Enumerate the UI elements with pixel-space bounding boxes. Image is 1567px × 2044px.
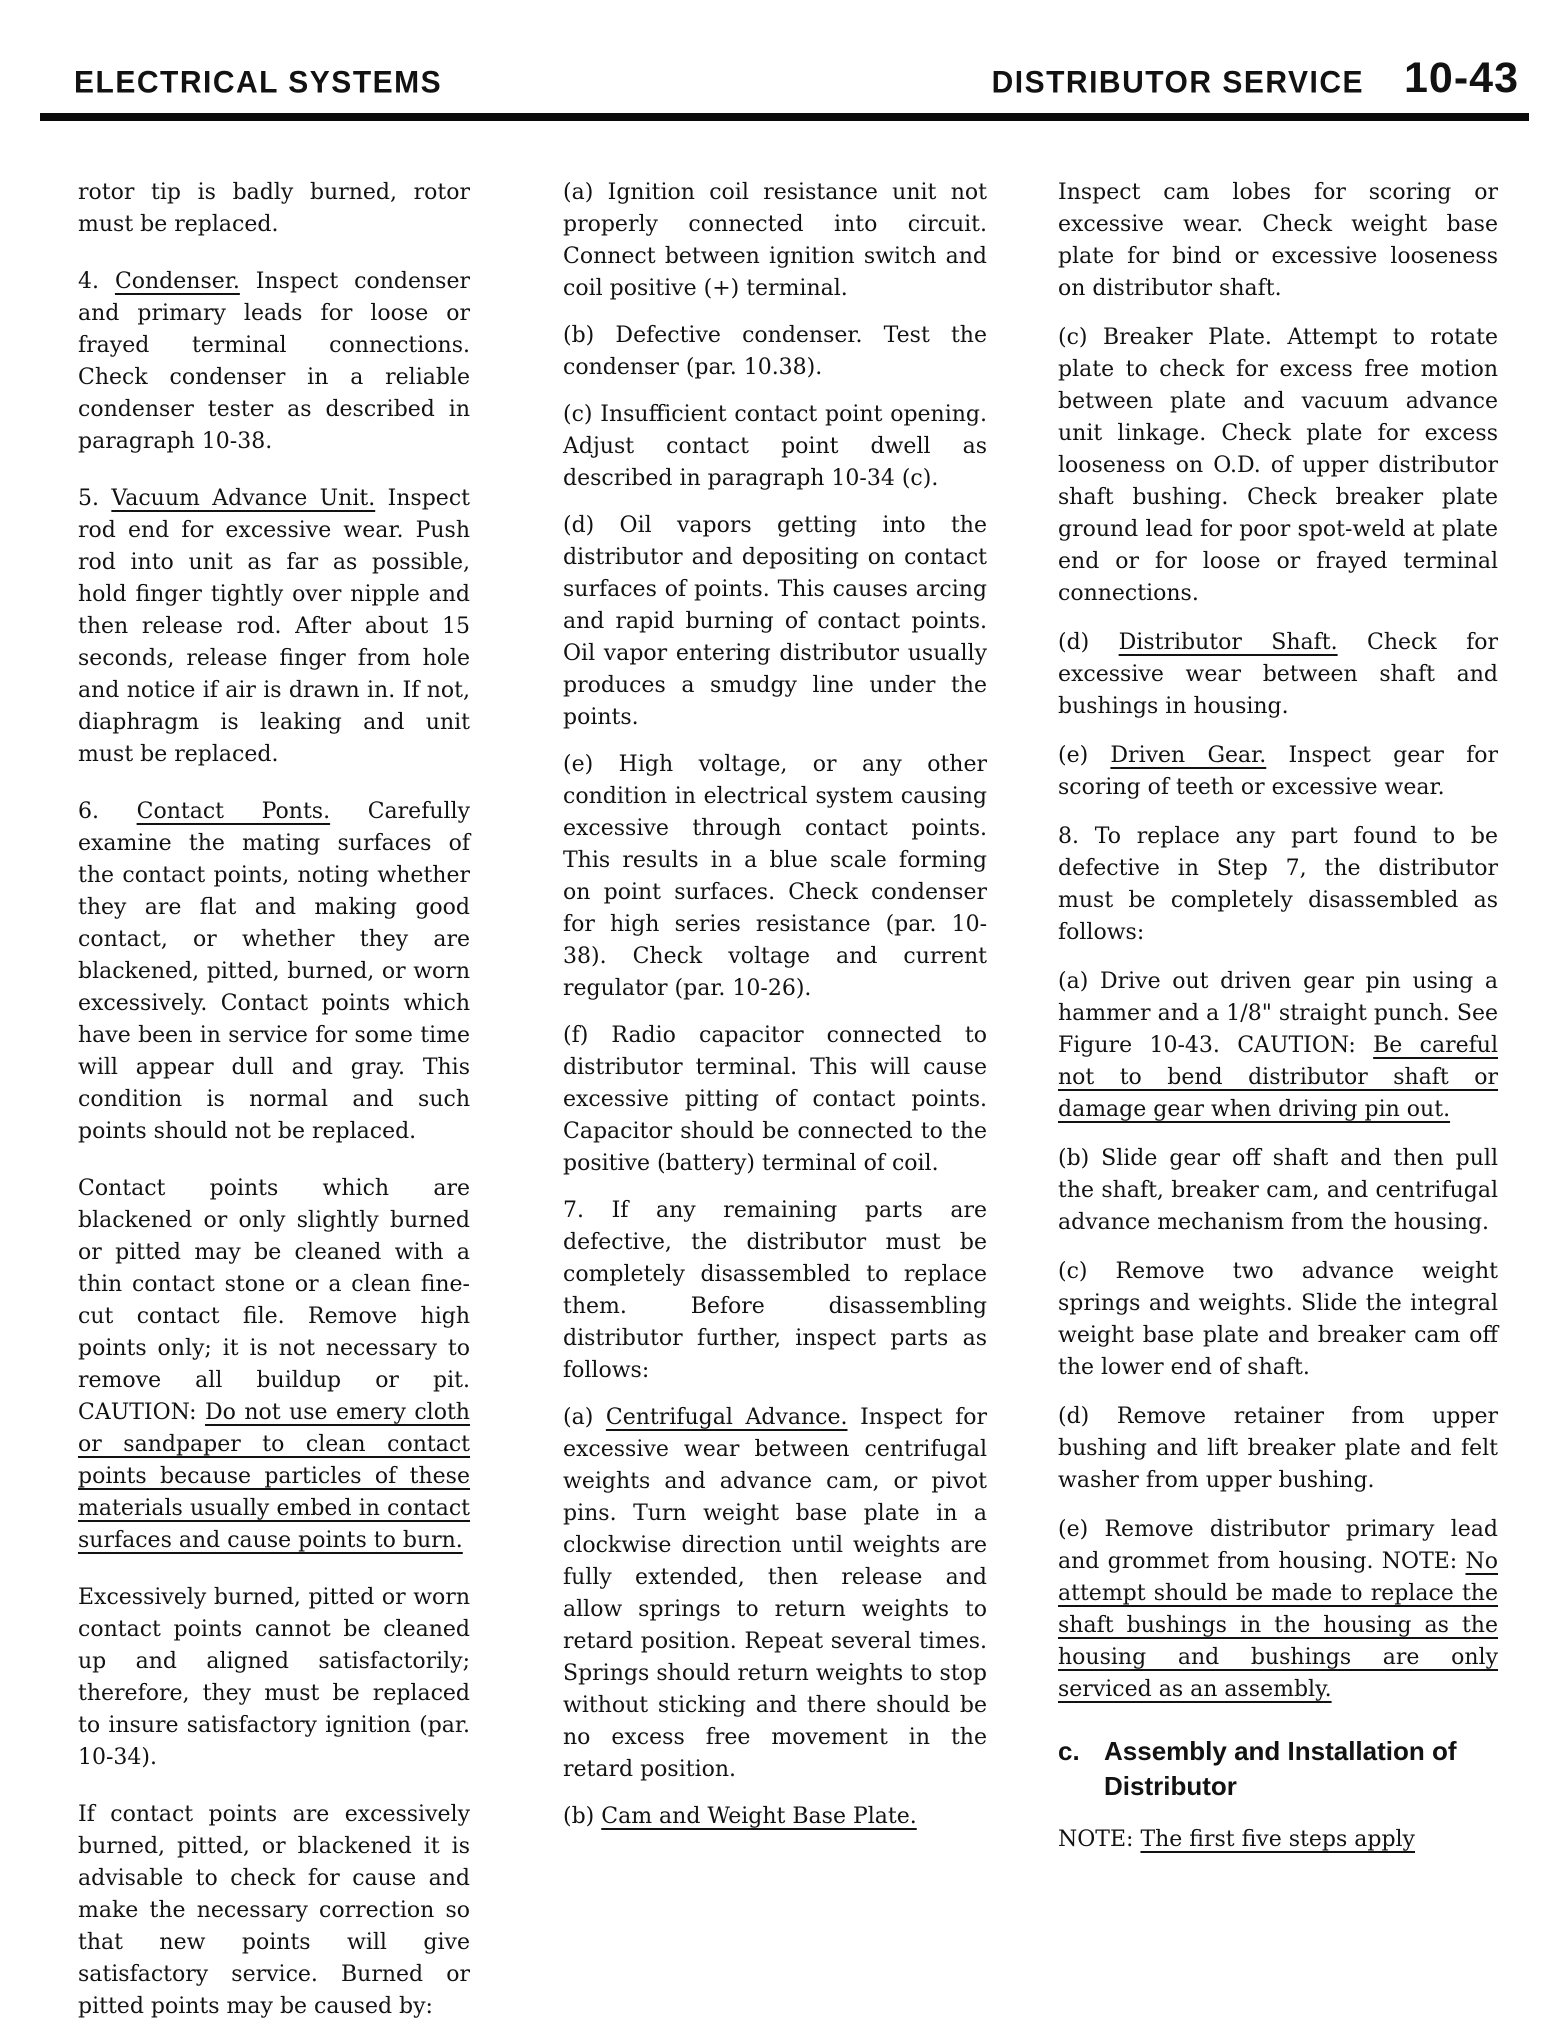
underlined-text: Driven Gear. (1110, 743, 1266, 768)
column-right: Inspect cam lobes for scoring or excessi… (1058, 177, 1498, 2044)
text-run: NOTE: (1058, 1827, 1140, 1852)
underlined-note-text: The first five steps apply (1140, 1827, 1415, 1852)
header-right-group: DISTRIBUTOR SERVICE 10-43 (992, 54, 1519, 103)
column-middle: (a) Ignition coil resistance unit not pr… (563, 177, 987, 2044)
inspect-b-cam-and-weight-base-plate: (b) Cam and Weight Base Plate. (563, 1801, 987, 1833)
inspect-a-centrifugal-advance: (a) Centrifugal Advance. Inspect for exc… (563, 1402, 987, 1786)
text-run: 8. To replace any part found to be defec… (1058, 824, 1498, 945)
disassemble-c-remove-weight-springs: (c) Remove two advance weight springs an… (1058, 1256, 1498, 1384)
para-cam-lobes: Inspect cam lobes for scoring or excessi… (1058, 177, 1498, 305)
manual-page: ELECTRICAL SYSTEMS DISTRIBUTOR SERVICE 1… (0, 0, 1567, 2044)
section-title-left: ELECTRICAL SYSTEMS (74, 65, 442, 101)
text-run: Inspect condenser and primary leads for … (78, 269, 470, 454)
section-heading-assembly-installation: c. Assembly and Installation of Distribu… (1058, 1734, 1498, 1804)
disassemble-e-remove-primary-lead: (e) Remove distributor primary lead and … (1058, 1514, 1498, 1706)
cause-e-high-voltage: (e) High voltage, or any other condition… (563, 749, 987, 1005)
cause-a-ignition-coil-resistance: (a) Ignition coil resistance unit not pr… (563, 177, 987, 305)
text-run: Excessively burned, pitted or worn conta… (78, 1585, 470, 1770)
text-run: 4. (78, 269, 115, 294)
inspect-c-breaker-plate: (c) Breaker Plate. Attempt to rotate pla… (1058, 322, 1498, 610)
text-run: (c) Remove two advance weight springs an… (1058, 1259, 1498, 1380)
para-rotor-tip: rotor tip is badly burned, rotor must be… (78, 177, 470, 241)
text-run: 7. If any remaining parts are defective,… (563, 1198, 987, 1383)
underlined-text: Contact Ponts. (137, 799, 330, 824)
text-run: (c) Insufficient contact point opening. … (563, 402, 987, 491)
para-burned-points-causes: If contact points are excessively burned… (78, 1799, 470, 2023)
underlined-text: Cam and Weight Base Plate. (601, 1804, 917, 1829)
disassemble-a-drive-out-gear-pin: (a) Drive out driven gear pin using a ha… (1058, 966, 1498, 1126)
section-heading-label: c. (1058, 1734, 1104, 1804)
note-first-five-steps: NOTE: The first five steps apply (1058, 1824, 1498, 1856)
cause-c-insufficient-point-opening: (c) Insufficient contact point opening. … (563, 399, 987, 495)
text-run: (c) Breaker Plate. Attempt to rotate pla… (1058, 325, 1498, 606)
underlined-text: Condenser. (115, 269, 240, 294)
text-run: (d) Remove retainer from upper bushing a… (1058, 1404, 1498, 1493)
text-run: (d) Oil vapors getting into the distribu… (563, 513, 987, 730)
inspect-e-driven-gear: (e) Driven Gear. Inspect gear for scorin… (1058, 740, 1498, 804)
section-heading-text: Assembly and Installation of Distributor (1104, 1734, 1498, 1804)
text-run: (e) High voltage, or any other condition… (563, 752, 987, 1001)
text-run: (e) (1058, 743, 1110, 768)
section-title-right: DISTRIBUTOR SERVICE (992, 65, 1364, 101)
text-run: (a) (563, 1405, 606, 1430)
para-cleaning-contact-points: Contact points which are blackened or on… (78, 1173, 470, 1557)
underlined-text: Centrifugal Advance. (606, 1405, 848, 1430)
cause-b-defective-condenser: (b) Defective condenser. Test the conden… (563, 320, 987, 384)
underlined-text: Distributor Shaft. (1119, 630, 1338, 655)
cause-f-radio-capacitor: (f) Radio capacitor connected to distrib… (563, 1020, 987, 1180)
underlined-text: Vacuum Advance Unit. (111, 486, 375, 511)
text-run: Contact points which are blackened or on… (78, 1176, 470, 1425)
text-run: Inspect for excessive wear between centr… (563, 1405, 987, 1782)
step-4-condenser: 4. Condenser. Inspect condenser and prim… (78, 266, 470, 458)
text-run: (b) Defective condenser. Test the conden… (563, 323, 987, 380)
text-run: 5. (78, 486, 111, 511)
disassemble-b-slide-gear-off: (b) Slide gear off shaft and then pull t… (1058, 1143, 1498, 1239)
step-6-contact-points: 6. Contact Ponts. Carefully examine the … (78, 796, 470, 1148)
text-run: rotor tip is badly burned, rotor must be… (78, 180, 470, 237)
page-header: ELECTRICAL SYSTEMS DISTRIBUTOR SERVICE 1… (0, 0, 1567, 103)
text-run: If contact points are excessively burned… (78, 1802, 470, 2019)
page-content: rotor tip is badly burned, rotor must be… (0, 177, 1567, 2044)
text-run: Carefully examine the mating surfaces of… (78, 799, 470, 1144)
step-8-disassemble: 8. To replace any part found to be defec… (1058, 821, 1498, 949)
text-run: (b) Slide gear off shaft and then pull t… (1058, 1146, 1498, 1235)
inspect-d-distributor-shaft: (d) Distributor Shaft. Check for excessi… (1058, 627, 1498, 723)
text-run: (a) Ignition coil resistance unit not pr… (563, 180, 987, 301)
text-run: (b) (563, 1804, 601, 1829)
step-7-inspect-parts: 7. If any remaining parts are defective,… (563, 1195, 987, 1387)
header-divider-rule (40, 113, 1529, 121)
page-number: 10-43 (1404, 54, 1519, 103)
text-run: Inspect cam lobes for scoring or excessi… (1058, 180, 1498, 301)
disassemble-d-remove-retainer: (d) Remove retainer from upper bushing a… (1058, 1401, 1498, 1497)
column-left: rotor tip is badly burned, rotor must be… (78, 177, 470, 2044)
step-5-vacuum-advance-unit: 5. Vacuum Advance Unit. Inspect rod end … (78, 483, 470, 771)
text-run: (f) Radio capacitor connected to distrib… (563, 1023, 987, 1176)
cause-d-oil-vapors: (d) Oil vapors getting into the distribu… (563, 510, 987, 734)
para-excessively-burned-points: Excessively burned, pitted or worn conta… (78, 1582, 470, 1774)
text-run: (d) (1058, 630, 1119, 655)
text-run: 6. (78, 799, 137, 824)
text-run: Inspect rod end for excessive wear. Push… (78, 486, 470, 767)
text-run: (e) Remove distributor primary lead and … (1058, 1517, 1498, 1574)
